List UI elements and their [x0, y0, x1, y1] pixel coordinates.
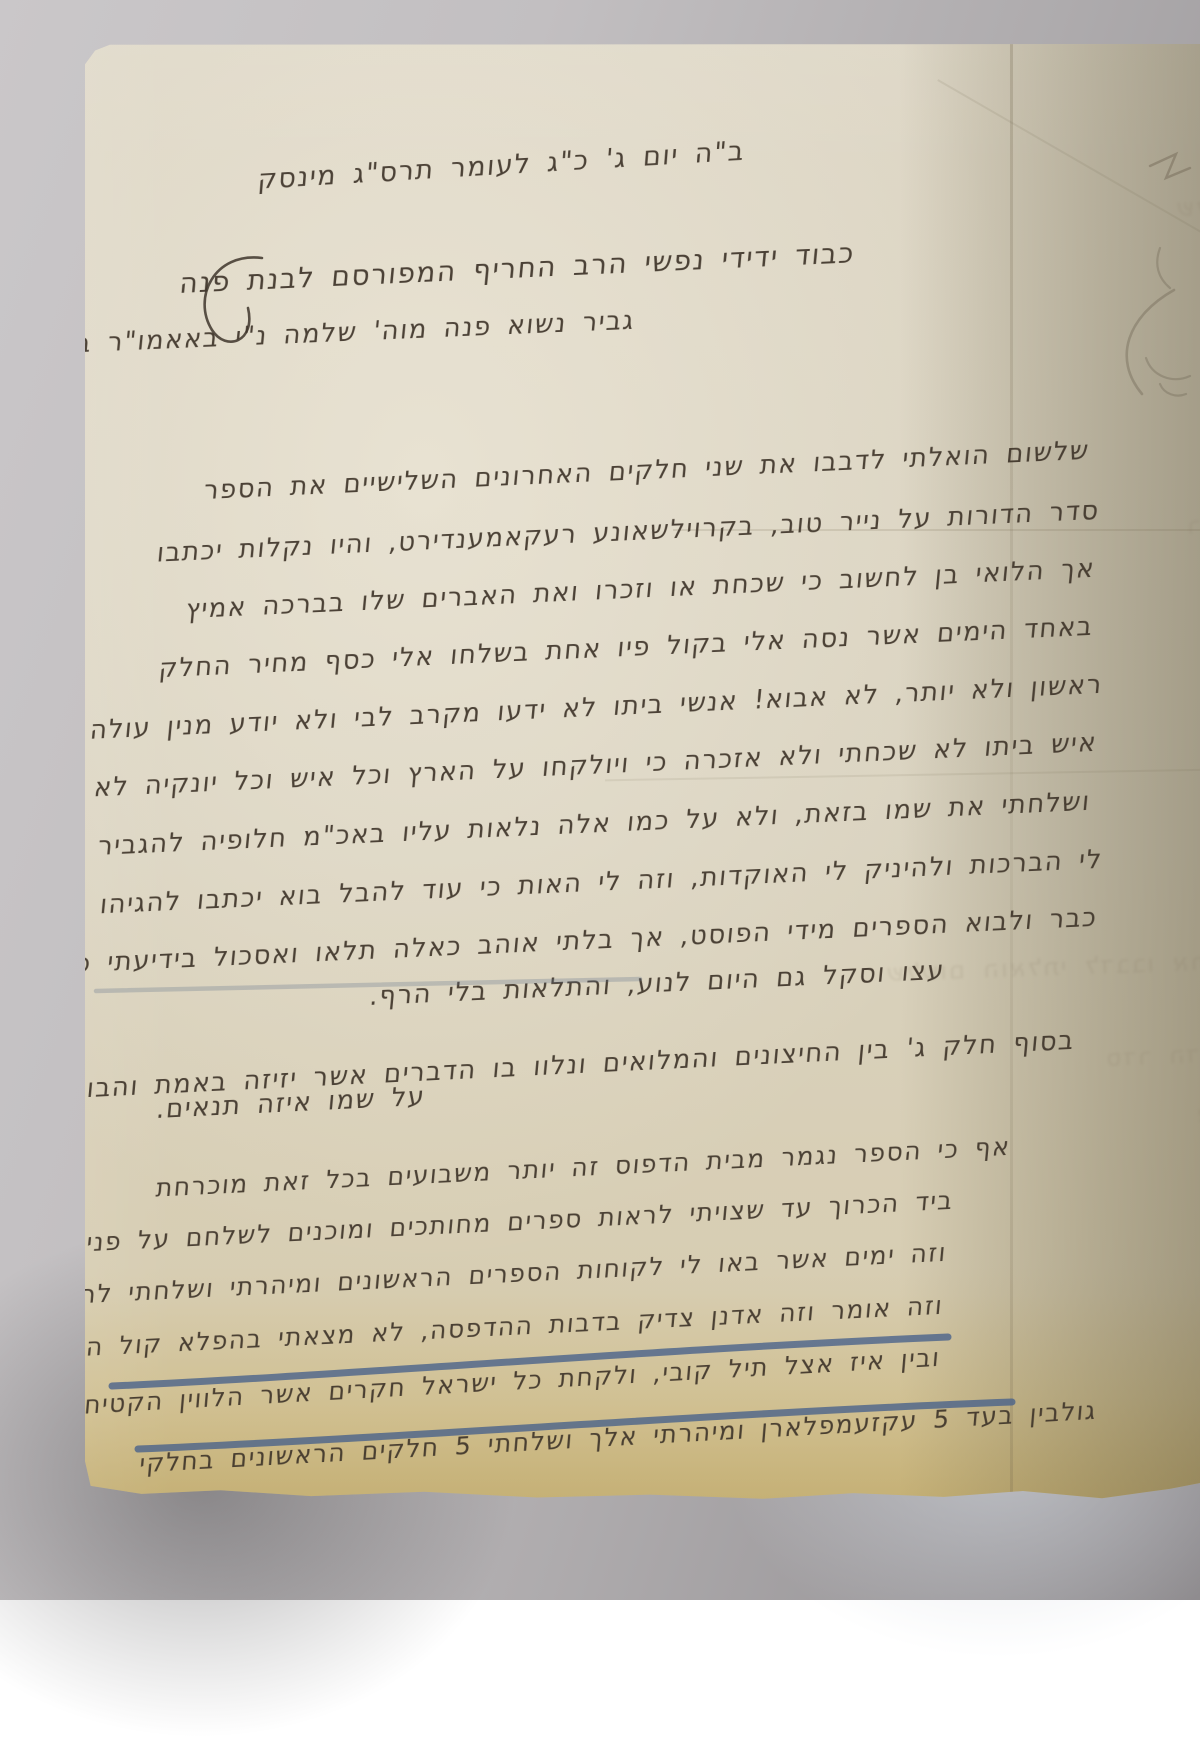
paragraph-1-line: עצו וסקל גם היום לנוע, והתלאות בלי הרף. — [368, 956, 946, 1012]
letter-paper: שלשום הואלתי לדבבו את שני חלקים האחרונים… — [85, 44, 1200, 1499]
paragraph-1-line: סדר הדורות על נייר טוב, בקרוילשאונע רעקא… — [156, 496, 1102, 569]
paragraph-1-line: באחד הימים אשר נסה אלי בקול פיו אחת בשלח… — [157, 612, 1094, 685]
date-line-line: ב"ה יום ג' כ"ג לעומר תרס"ג מינסק — [257, 136, 747, 196]
paragraph-1-line: שלשום הואלתי לדבבו את שני חלקים האחרונים… — [203, 436, 1092, 506]
paragraph-1-line: ושלחתי את שמו בזאת, ולא על כמו אלה נלאות… — [97, 787, 1092, 862]
paragraph-1-line: איש ביתו לא שכחתי ולא אזכרה כי ויולקחו ע… — [92, 728, 1098, 804]
paragraph-1-line: אך הלואי בן לחשוב כי שכחת או וזכרו ואת ה… — [184, 554, 1096, 625]
photo-background: שלשום הואלתי לדבבו את שני חלקים האחרונים… — [0, 0, 1200, 1600]
handwriting-layer: ב"ה יום ג' כ"ג לעומר תרס"ג מינסקכבוד ידי… — [85, 44, 1200, 1499]
salutation-line: גביר נשוא פנה מוה' שלמה נ"י באאמו"ר בלבב… — [15, 306, 636, 362]
salutation-line: כבוד ידידי נפשי הרב החריף המפורסם לבנת פ… — [178, 236, 856, 300]
